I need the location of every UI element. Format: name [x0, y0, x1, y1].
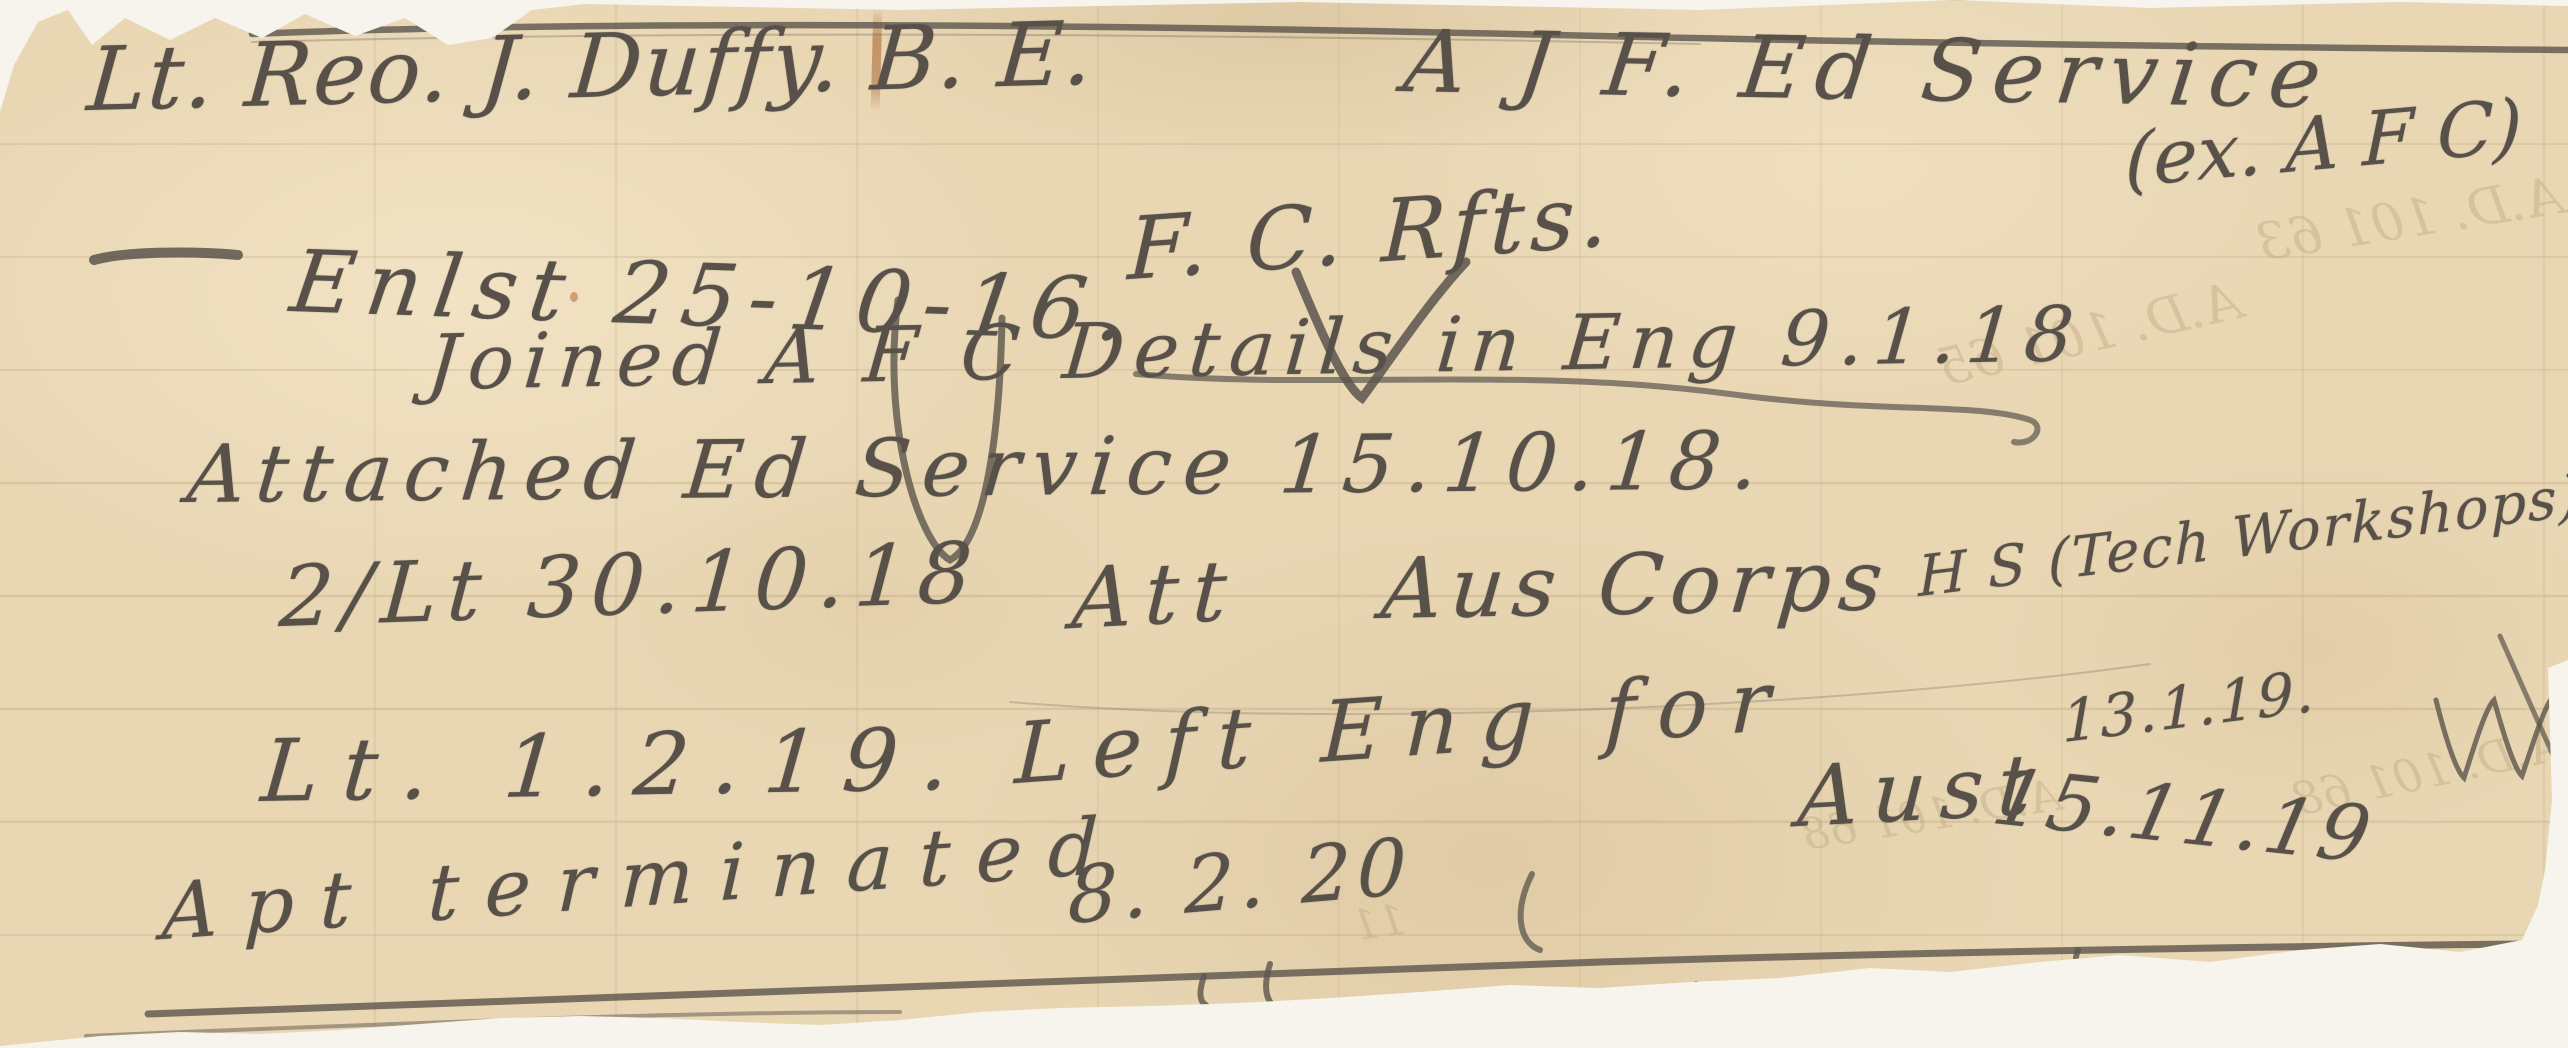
- bottom-rule-left: [86, 1012, 900, 1036]
- handwritten-att: Att: [1069, 541, 1243, 648]
- handwritten-left-eng: Left Eng for: [1013, 650, 1793, 803]
- handwritten-tech-workshops: H S (Tech Workshops): [1917, 463, 2568, 610]
- handwritten-unit: F. C. Rfts.: [1126, 166, 1615, 300]
- underline-lt: [94, 253, 238, 260]
- scanned-document-page: A.D. 101 63 A.D. 101 65 A.D. 101 68 A.D.…: [0, 0, 2568, 1048]
- torn-line-letter-stubs: [1200, 950, 2082, 1007]
- handwritten-rank-name: Lt. Reo. J. Duffy. B. E.: [84, 2, 1099, 132]
- stray-stroke: [1521, 874, 1540, 950]
- handwritten-promoted-lt: Lt. 1.2.19.: [258, 710, 978, 823]
- handwritten-aus-corps: Aus Corps: [1378, 531, 1895, 638]
- torn-paper-note: A.D. 101 63 A.D. 101 65 A.D. 101 68 A.D.…: [0, 0, 2568, 1048]
- handwritten-attached: Attached Ed Service 15.10.18.: [184, 414, 1775, 521]
- handwritten-date-13-1-19: 13.1.19.: [2061, 657, 2316, 757]
- handwritten-promoted-2lt: 2/Lt 30.10.18: [277, 523, 985, 646]
- handwritten-terminated: Apt terminated: [160, 801, 1125, 959]
- bottom-rule-line: [148, 944, 2524, 1014]
